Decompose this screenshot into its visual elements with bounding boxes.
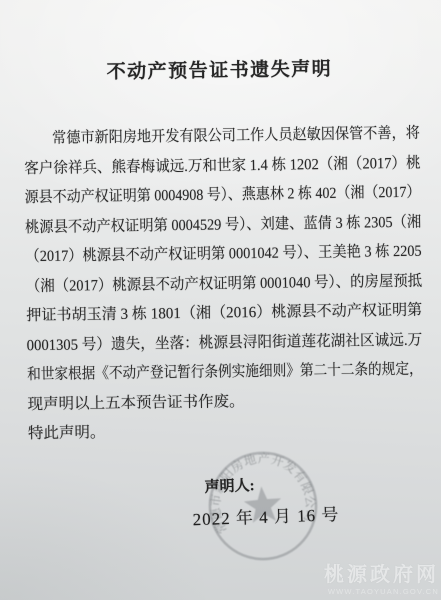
body-line: 现声明以上五本预告证书作废。: [27, 393, 244, 413]
declaration-date: 2022 年 4 月 16 号: [192, 500, 340, 530]
site-watermark: 桃源政府网 WWW.TAOYUAN.GOV.CN: [324, 558, 439, 596]
document-title: 不动产预告证书遗失声明: [0, 52, 440, 85]
document-content: 不动产预告证书遗失声明 常德市新阳房地开发有限公司工作人员赵敏因保管不善，将 客…: [0, 0, 439, 1]
watermark-site-url: WWW.TAOYUAN.GOV.CN: [324, 587, 439, 596]
scanned-declaration-page: 不动产预告证书遗失声明 常德市新阳房地开发有限公司工作人员赵敏因保管不善，将 客…: [0, 0, 441, 600]
declarant-label: 声明人:: [204, 474, 255, 497]
body-line: 和世家根据《不动产登记暂行条例实施细则》第二十二条的规定，: [27, 355, 423, 390]
declaration-body: 常德市新阳房地开发有限公司工作人员赵敏因保管不善，将 客户徐祥兵、熊春梅诚远.万…: [24, 119, 424, 449]
body-line: 特此声明。: [28, 424, 106, 442]
watermark-site-name: 桃源政府网: [324, 558, 439, 587]
